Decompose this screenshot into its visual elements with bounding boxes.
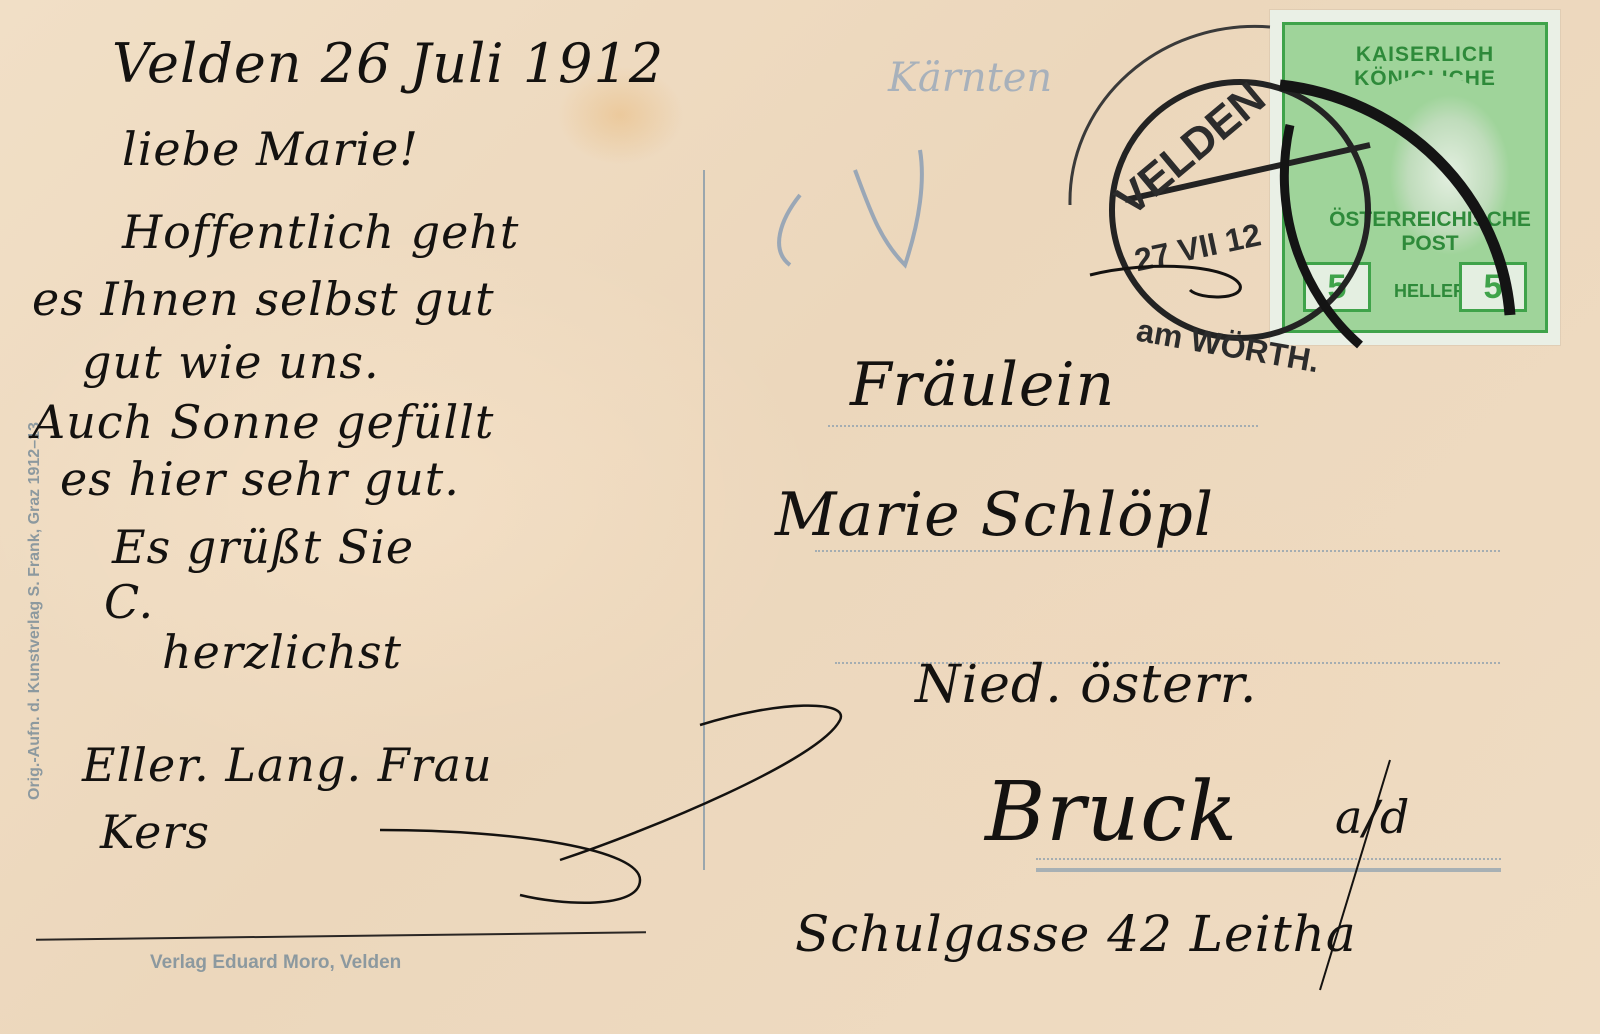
message-line: Hoffentlich geht <box>122 205 519 259</box>
message-line: es Ihnen selbst gut <box>32 272 495 326</box>
message-signature: Kers <box>100 805 210 859</box>
postmark-town: VELDEN <box>1106 73 1274 225</box>
address-region: Nied. österr. <box>915 655 1257 715</box>
message-line-greeting: liebe Marie! <box>122 122 419 176</box>
postmark: VELDEN 27 VII 12 am WÖRTH. <box>1040 15 1540 395</box>
publisher-line: Verlag Eduard Moro, Velden <box>150 952 401 974</box>
side-imprint: Orig.-Aufn. d. Kunstverlag S. Frank, Gra… <box>26 422 44 800</box>
postmark-date: 27 VII 12 <box>1131 216 1264 278</box>
address-line-1 <box>828 425 1258 427</box>
message-line: C. <box>104 575 154 629</box>
message-line: Eller. Lang. Frau <box>82 738 493 792</box>
postcard-back: Orig.-Aufn. d. Kunstverlag S. Frank, Gra… <box>0 0 1600 1034</box>
signature-line <box>36 931 646 940</box>
address-line-2 <box>815 550 1500 552</box>
message-line: Es grüßt Sie <box>112 520 414 574</box>
pencil-note: Kärnten <box>888 55 1052 101</box>
address-name: Marie Schlöpl <box>775 480 1214 550</box>
message-line: herzlichst <box>162 625 402 679</box>
message-line-date: Velden 26 Juli 1912 <box>112 32 664 95</box>
postmark-suffix: am WÖRTH. <box>1134 312 1322 380</box>
address-town: Bruck <box>985 765 1238 860</box>
message-line: Auch Sonne gefüllt <box>32 395 494 449</box>
message-line: gut wie uns. <box>82 335 380 389</box>
address-town-suffix: a/d <box>1335 790 1410 844</box>
message-line: es hier sehr gut. <box>60 452 460 506</box>
address-underline <box>1036 868 1501 872</box>
divider-line <box>703 170 705 870</box>
address-street: Schulgasse 42 Leitha <box>795 905 1357 963</box>
